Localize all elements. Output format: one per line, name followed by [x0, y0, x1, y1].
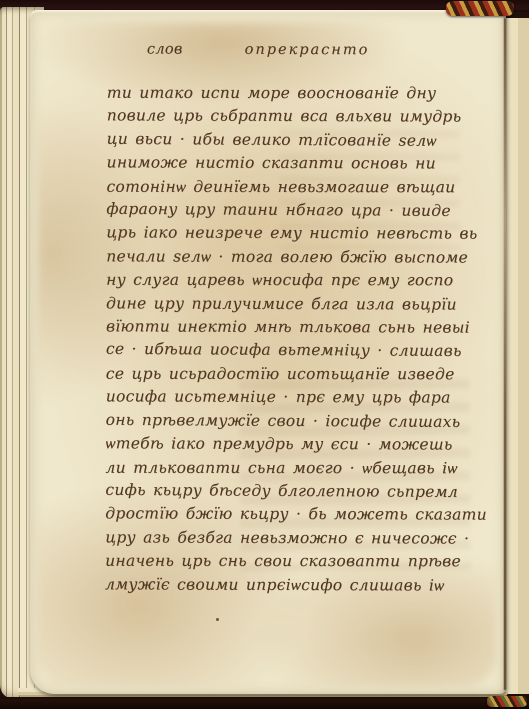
manuscript-line: ли тльковапти сьна моєго · ѡбещавь іѡ	[105, 456, 497, 480]
manuscript-line: ци вьси · ибы велико тлїсованїе ѕелѡ	[107, 128, 499, 154]
manuscript-line: ти итако испи море вооснованїе дну	[107, 82, 499, 106]
text-block: слов опрекраснто ти итако испи море воос…	[105, 41, 499, 597]
photo-backdrop: слов опрекраснто ти итако испи море воос…	[0, 0, 529, 709]
manuscript-line: иосифа исьтемніце · прє ему црь фара	[106, 386, 498, 411]
manuscript-line: вїюпти инектіо мнѣ тлькова сьнь невыі	[106, 315, 498, 340]
header-row: слов опрекраснто	[107, 41, 499, 66]
manuscript-line: ѡтебѣ іако премудрь му єси · можешь	[106, 432, 498, 457]
manuscript-line: цру азь безбга невьзможно є ничесожє ·	[105, 526, 497, 551]
manuscript-line: дростїю бжїю кьцру · бь можеть сказати	[105, 503, 497, 528]
bottom-headband-ornament	[487, 696, 527, 707]
header-word-left: слов	[147, 41, 183, 65]
manuscript-line: сотонінѡ деинїемь невьзмогаше вѣщаи	[106, 175, 498, 199]
manuscript-lines: ти итако испи море вооснованїе днуповиле…	[105, 81, 499, 597]
underlying-page-edge	[504, 18, 529, 694]
manuscript-line: печали ѕелѡ · тога волею бжїю выспоме	[106, 245, 498, 270]
headband-ornament	[446, 1, 514, 16]
manuscript-line: сифь кьцру бѣседу блголепною сьпремл	[105, 479, 497, 505]
manuscript-line: дине цру прилучимисе блга изла вьцрїи	[106, 292, 498, 317]
manuscript-page: слов опрекраснто ти итако испи море воос…	[30, 10, 506, 694]
manuscript-line: лмужїє своими ипрєіѡсифо слишавь іѡ	[105, 573, 497, 598]
page-fold-line	[504, 18, 506, 690]
manuscript-line: повиле црь сьбрапти вса вльхви имудрь	[107, 105, 499, 130]
manuscript-line: се · ибѣша иосифа вьтемніцу · слишавь	[106, 338, 498, 364]
manuscript-line: црь іако неизрече ему нистіо невѣсть вь	[106, 222, 498, 247]
manuscript-line: иниможе нистіо сказапти основь ни	[107, 152, 499, 177]
ink-dot	[216, 618, 219, 621]
header-word-right: опрекраснто	[245, 42, 370, 66]
manuscript-line: ну слуга царевь ѡносифа прє ему госпо	[106, 269, 498, 293]
manuscript-line: се црь исьрадостїю исотьщанїе изведе	[106, 363, 498, 387]
manuscript-line: онь прѣвелмужїе свои · іосифе слишахь	[106, 408, 498, 434]
manuscript-line: иначень црь снь свои сказовапти прѣве	[105, 550, 497, 574]
binding-shadow-bottom	[0, 697, 529, 709]
manuscript-line: фараону цру таини нбнаго цра · ивиде	[106, 198, 498, 224]
